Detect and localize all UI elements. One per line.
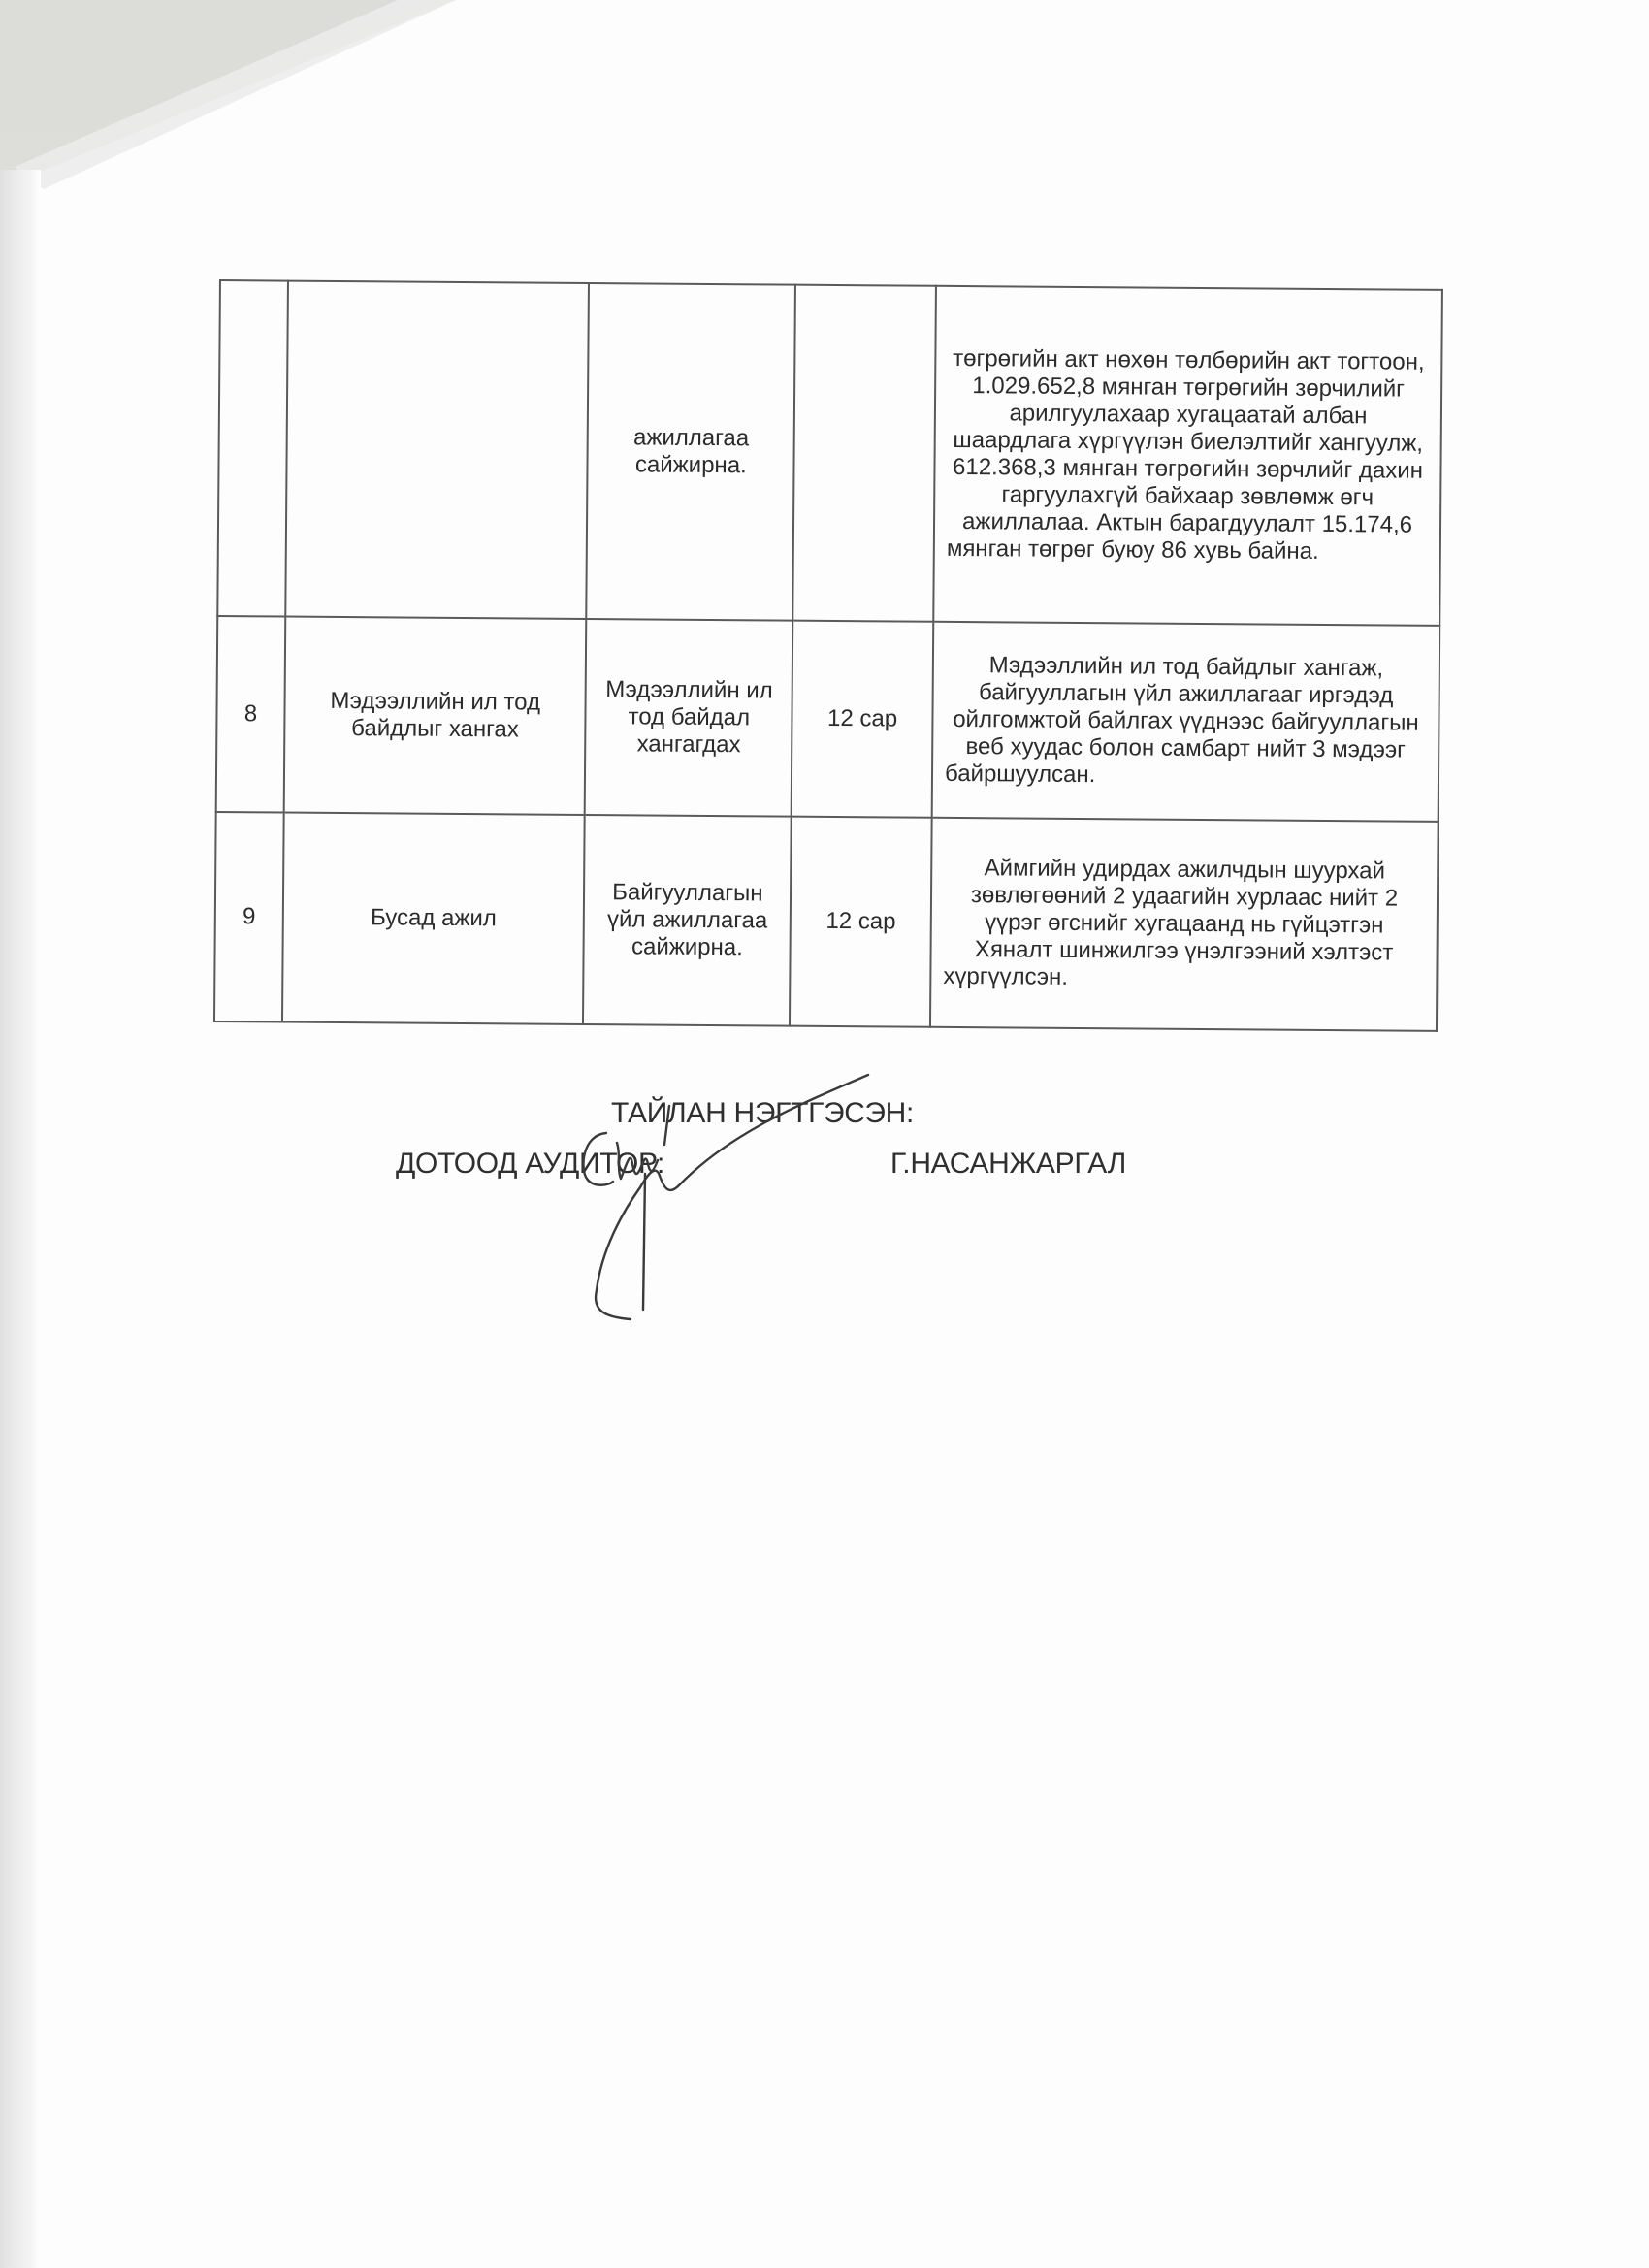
signoff-role: ДОТООД АУДИТОР:: [396, 1147, 664, 1182]
performance-cell: Аймгийн удирдах ажилчдын шуурхай зөвлөгө…: [930, 818, 1439, 1031]
performance-cell: төгрөгийн акт нөхөн төлбөрийн акт тогтоо…: [933, 286, 1442, 626]
deadline-cell: 12 сар: [790, 817, 931, 1027]
signoff-name: Г.НАСАНЖАРГАЛ: [890, 1147, 1126, 1182]
signoff-title: ТАЙЛАН НЭГТГЭСЭН:: [611, 1096, 914, 1131]
table-row: 9 Бусад ажил Байгууллагын үйл ажиллагаа …: [214, 812, 1439, 1031]
task-cell: Бусад ажил: [282, 813, 585, 1024]
performance-cell: Мэдээллийн ил тод байдлыг хангаж, байгуу…: [932, 622, 1440, 822]
row-number-cell: [217, 280, 288, 617]
table-row: ажиллагаа сайжирна. төгрөгийн акт нөхөн …: [217, 280, 1442, 626]
report-table: ажиллагаа сайжирна. төгрөгийн акт нөхөн …: [213, 279, 1443, 1032]
deadline-cell: [793, 285, 936, 622]
row-number-cell: 9: [214, 812, 284, 1022]
deadline-cell: 12 сар: [792, 621, 933, 818]
table-row: 8 Мэдээллийн ил тод байдлыг хангах Мэдээ…: [216, 616, 1440, 822]
expected-result-cell: ажиллагаа сайжирна.: [587, 283, 796, 621]
expected-result-cell: Байгууллагын үйл ажиллагаа сайжирна.: [583, 815, 792, 1026]
task-cell: Мэдээллийн ил тод байдлыг хангах: [284, 617, 587, 815]
task-cell: [285, 281, 589, 619]
expected-result-cell: Мэдээллийн ил тод байдал хангагдах: [585, 619, 792, 817]
document-page: ажиллагаа сайжирна. төгрөгийн акт нөхөн …: [0, 0, 1649, 2268]
row-number-cell: 8: [216, 616, 285, 813]
